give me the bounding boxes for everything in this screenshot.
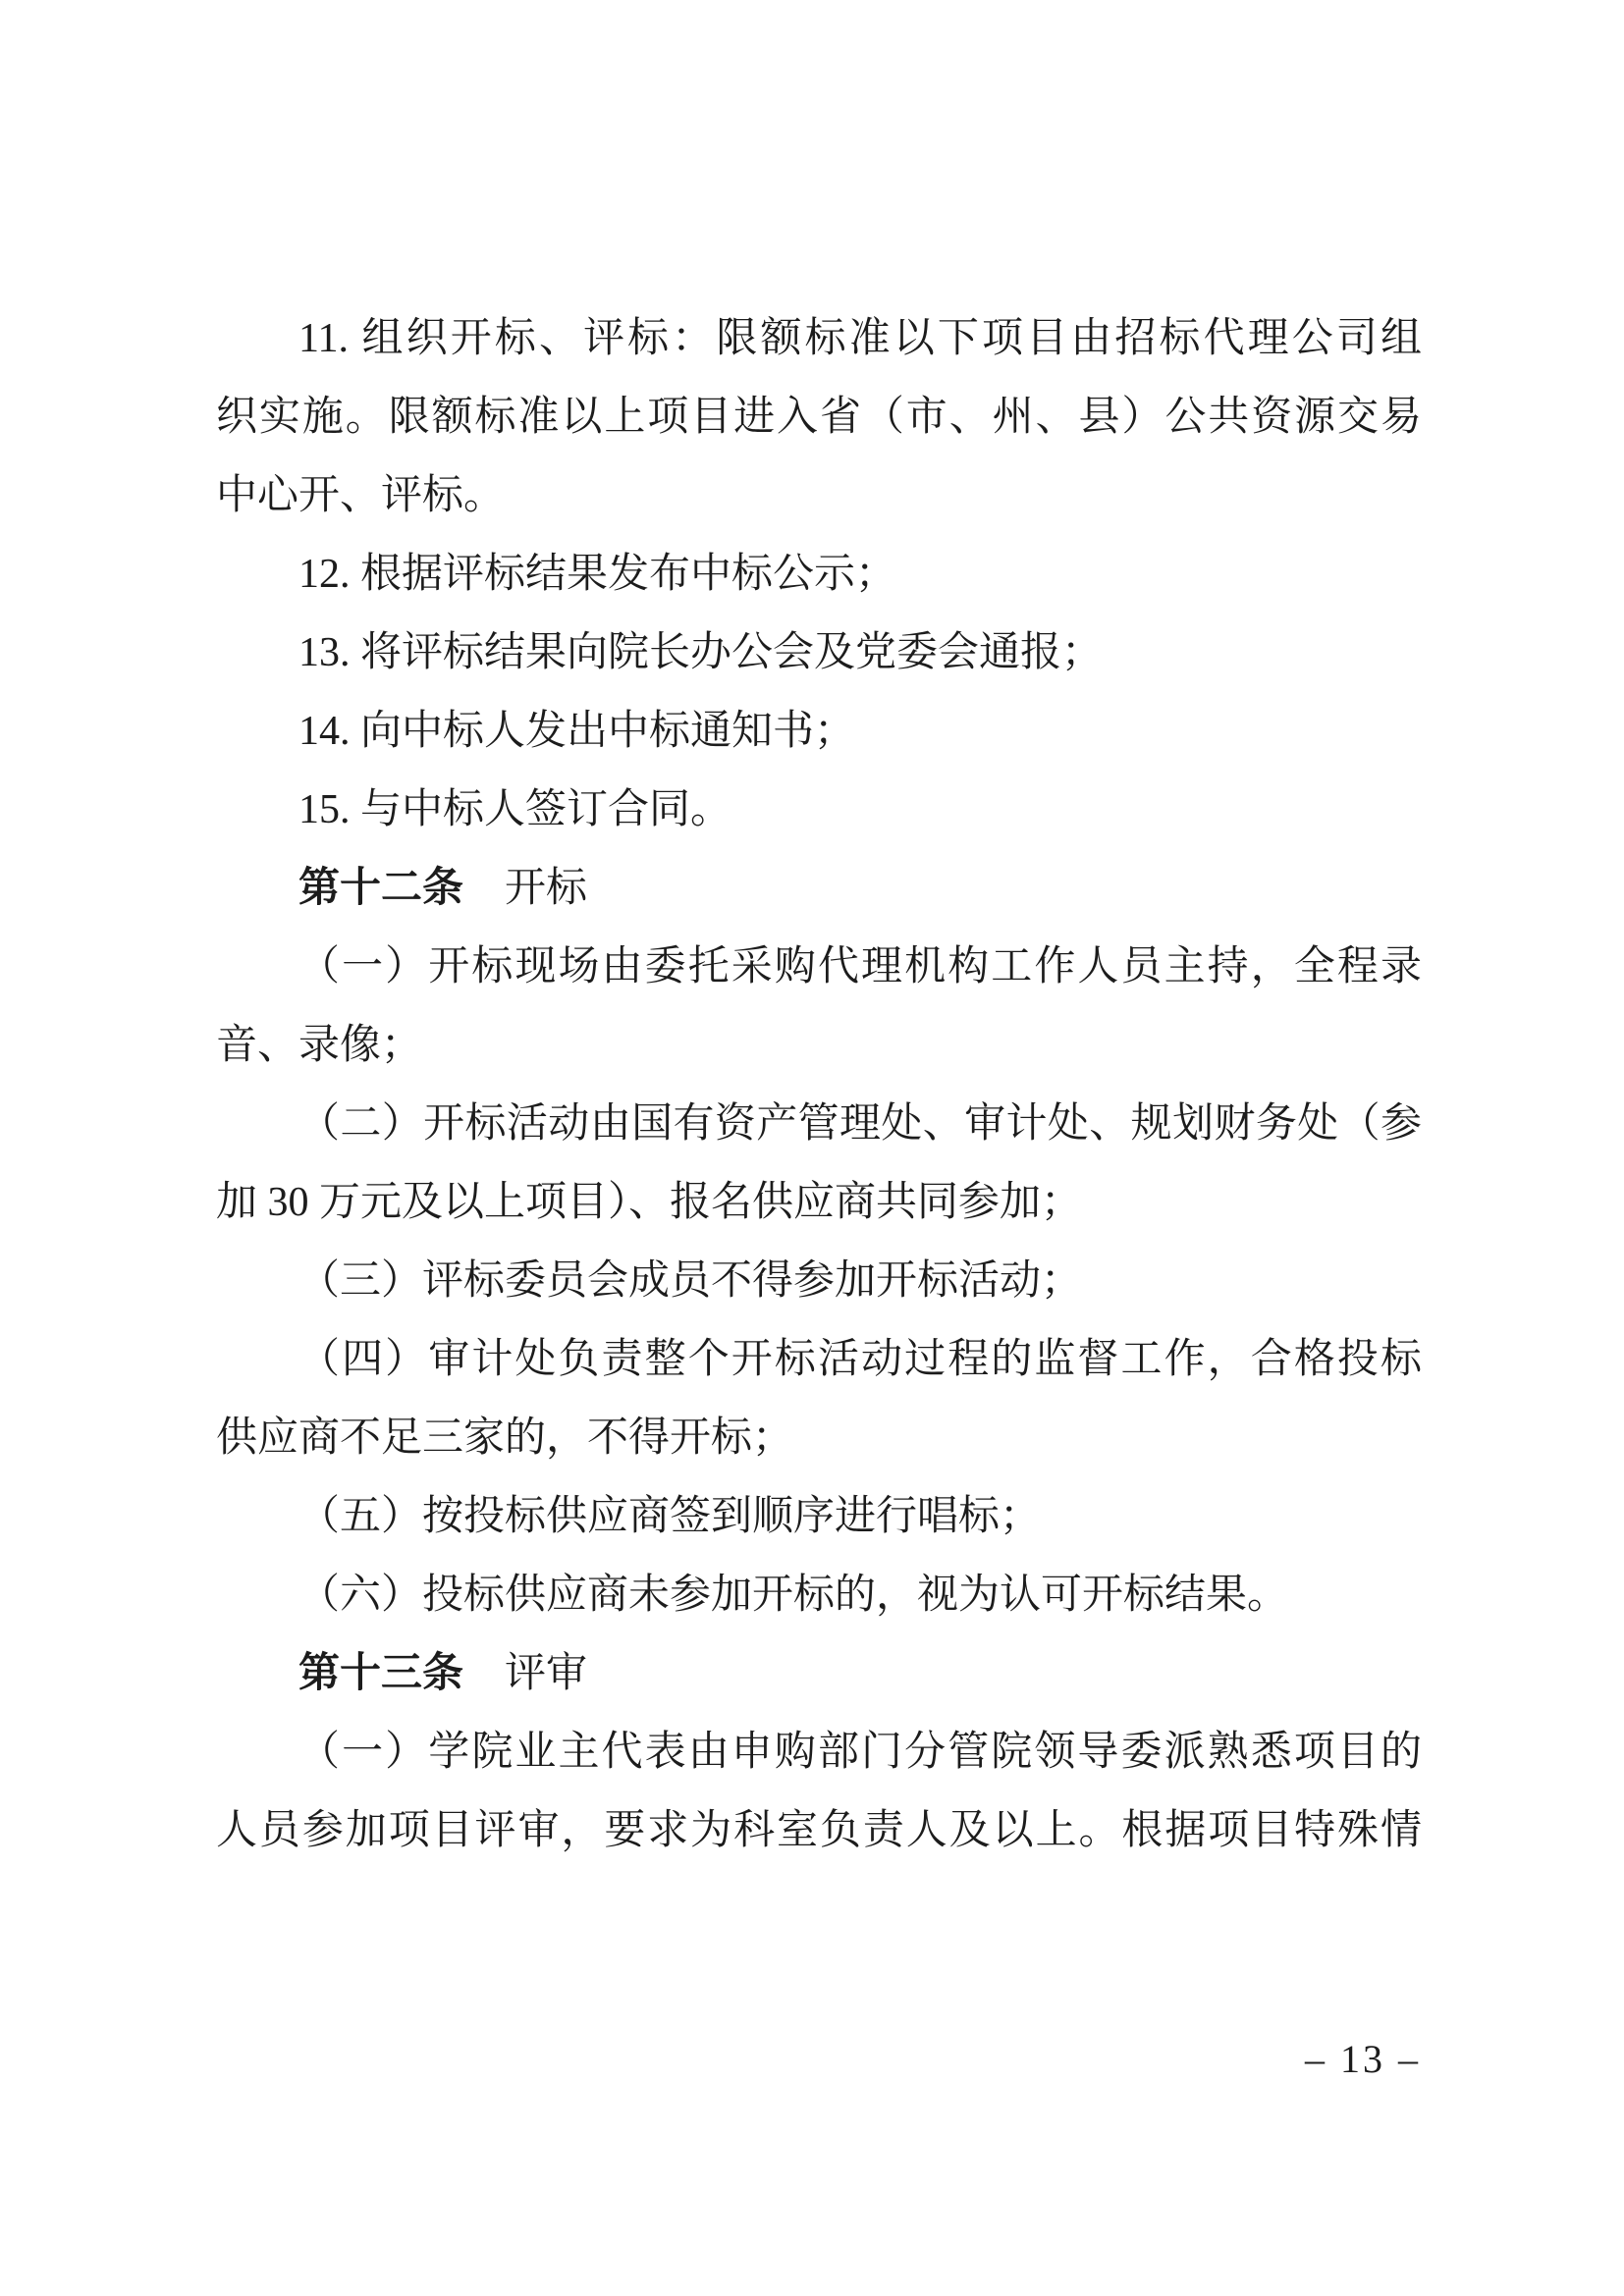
text-line: 14. 向中标人发出中标通知书； bbox=[216, 692, 1422, 771]
text-line: 人员参加项目评审，要求为科室负责人及以上。根据项目特殊情 bbox=[216, 1791, 1422, 1870]
line-text: 13. 将评标结果向院长办公会及党委会通报； bbox=[298, 630, 1103, 675]
text-line: （一）学院业主代表由申购部门分管院领导委派熟悉项目的 bbox=[216, 1713, 1422, 1791]
text-line: 音、录像； bbox=[216, 1006, 1422, 1085]
text-line: （五）按投标供应商签到顺序进行唱标； bbox=[216, 1477, 1422, 1556]
document-text-block: 11. 组织开标、评标：限额标准以下项目由招标代理公司组 织实施。限额标准以上项… bbox=[216, 299, 1422, 1870]
text-line: 15. 与中标人签订合同。 bbox=[216, 771, 1422, 849]
line-text: 12. 根据评标结果发布中标公示； bbox=[298, 552, 896, 597]
line-text: 音、录像； bbox=[216, 1023, 422, 1068]
text-line: 11. 组织开标、评标：限额标准以下项目由招标代理公司组 bbox=[216, 299, 1422, 378]
line-text: （五）按投标供应商签到顺序进行唱标； bbox=[298, 1494, 1041, 1539]
line-text: 织实施。限额标准以上项目进入省（市、州、县）公共资源交易 bbox=[216, 395, 1422, 440]
text-line: 13. 将评标结果向院长办公会及党委会通报； bbox=[216, 614, 1422, 692]
text-line: （六）投标供应商未参加开标的，视为认可开标结果。 bbox=[216, 1556, 1422, 1634]
line-text: 中心开、评标。 bbox=[216, 473, 505, 518]
text-line: 12. 根据评标结果发布中标公示； bbox=[216, 535, 1422, 614]
line-text: （二）开标活动由国有资产管理处、审计处、规划财务处（参 bbox=[298, 1101, 1422, 1147]
article-number: 第十二条 bbox=[298, 866, 463, 911]
line-text: 11. 组织开标、评标：限额标准以下项目由招标代理公司组 bbox=[298, 316, 1422, 361]
line-text: （三）评标委员会成员不得参加开标活动； bbox=[298, 1258, 1082, 1304]
text-line: 织实施。限额标准以上项目进入省（市、州、县）公共资源交易 bbox=[216, 378, 1422, 456]
text-line: （二）开标活动由国有资产管理处、审计处、规划财务处（参 bbox=[216, 1085, 1422, 1163]
text-line: 供应商不足三家的，不得开标； bbox=[216, 1399, 1422, 1477]
text-line: 加 30 万元及以上项目）、报名供应商共同参加； bbox=[216, 1163, 1422, 1242]
article-heading-line: 第十二条 开标 bbox=[216, 849, 1422, 928]
line-text: （六）投标供应商未参加开标的，视为认可开标结果。 bbox=[298, 1573, 1288, 1618]
article-title: 评审 bbox=[463, 1651, 587, 1696]
line-text: 人员参加项目评审，要求为科室负责人及以上。根据项目特殊情 bbox=[216, 1808, 1422, 1853]
line-text: （四）审计处负责整个开标活动过程的监督工作，合格投标 bbox=[298, 1337, 1422, 1382]
text-line: 中心开、评标。 bbox=[216, 456, 1422, 535]
line-text: 14. 向中标人发出中标通知书； bbox=[298, 709, 855, 754]
text-line: （四）审计处负责整个开标活动过程的监督工作，合格投标 bbox=[216, 1320, 1422, 1399]
page-number: – 13 – bbox=[1305, 2030, 1421, 2089]
text-line: （三）评标委员会成员不得参加开标活动； bbox=[216, 1242, 1422, 1320]
article-number: 第十三条 bbox=[298, 1651, 463, 1696]
line-text: 加 30 万元及以上项目）、报名供应商共同参加； bbox=[216, 1180, 1082, 1225]
text-line: （一）开标现场由委托采购代理机构工作人员主持，全程录 bbox=[216, 928, 1422, 1006]
line-text: 15. 与中标人签订合同。 bbox=[298, 787, 731, 832]
document-page: { "document": { "lines": [ {"bold": "", … bbox=[0, 0, 1624, 2296]
line-text: （一）学院业主代表由申购部门分管院领导委派熟悉项目的 bbox=[298, 1730, 1422, 1775]
article-heading-line: 第十三条 评审 bbox=[216, 1634, 1422, 1713]
line-text: （一）开标现场由委托采购代理机构工作人员主持，全程录 bbox=[298, 944, 1422, 989]
article-title: 开标 bbox=[463, 866, 587, 911]
line-text: 供应商不足三家的，不得开标； bbox=[216, 1415, 793, 1461]
